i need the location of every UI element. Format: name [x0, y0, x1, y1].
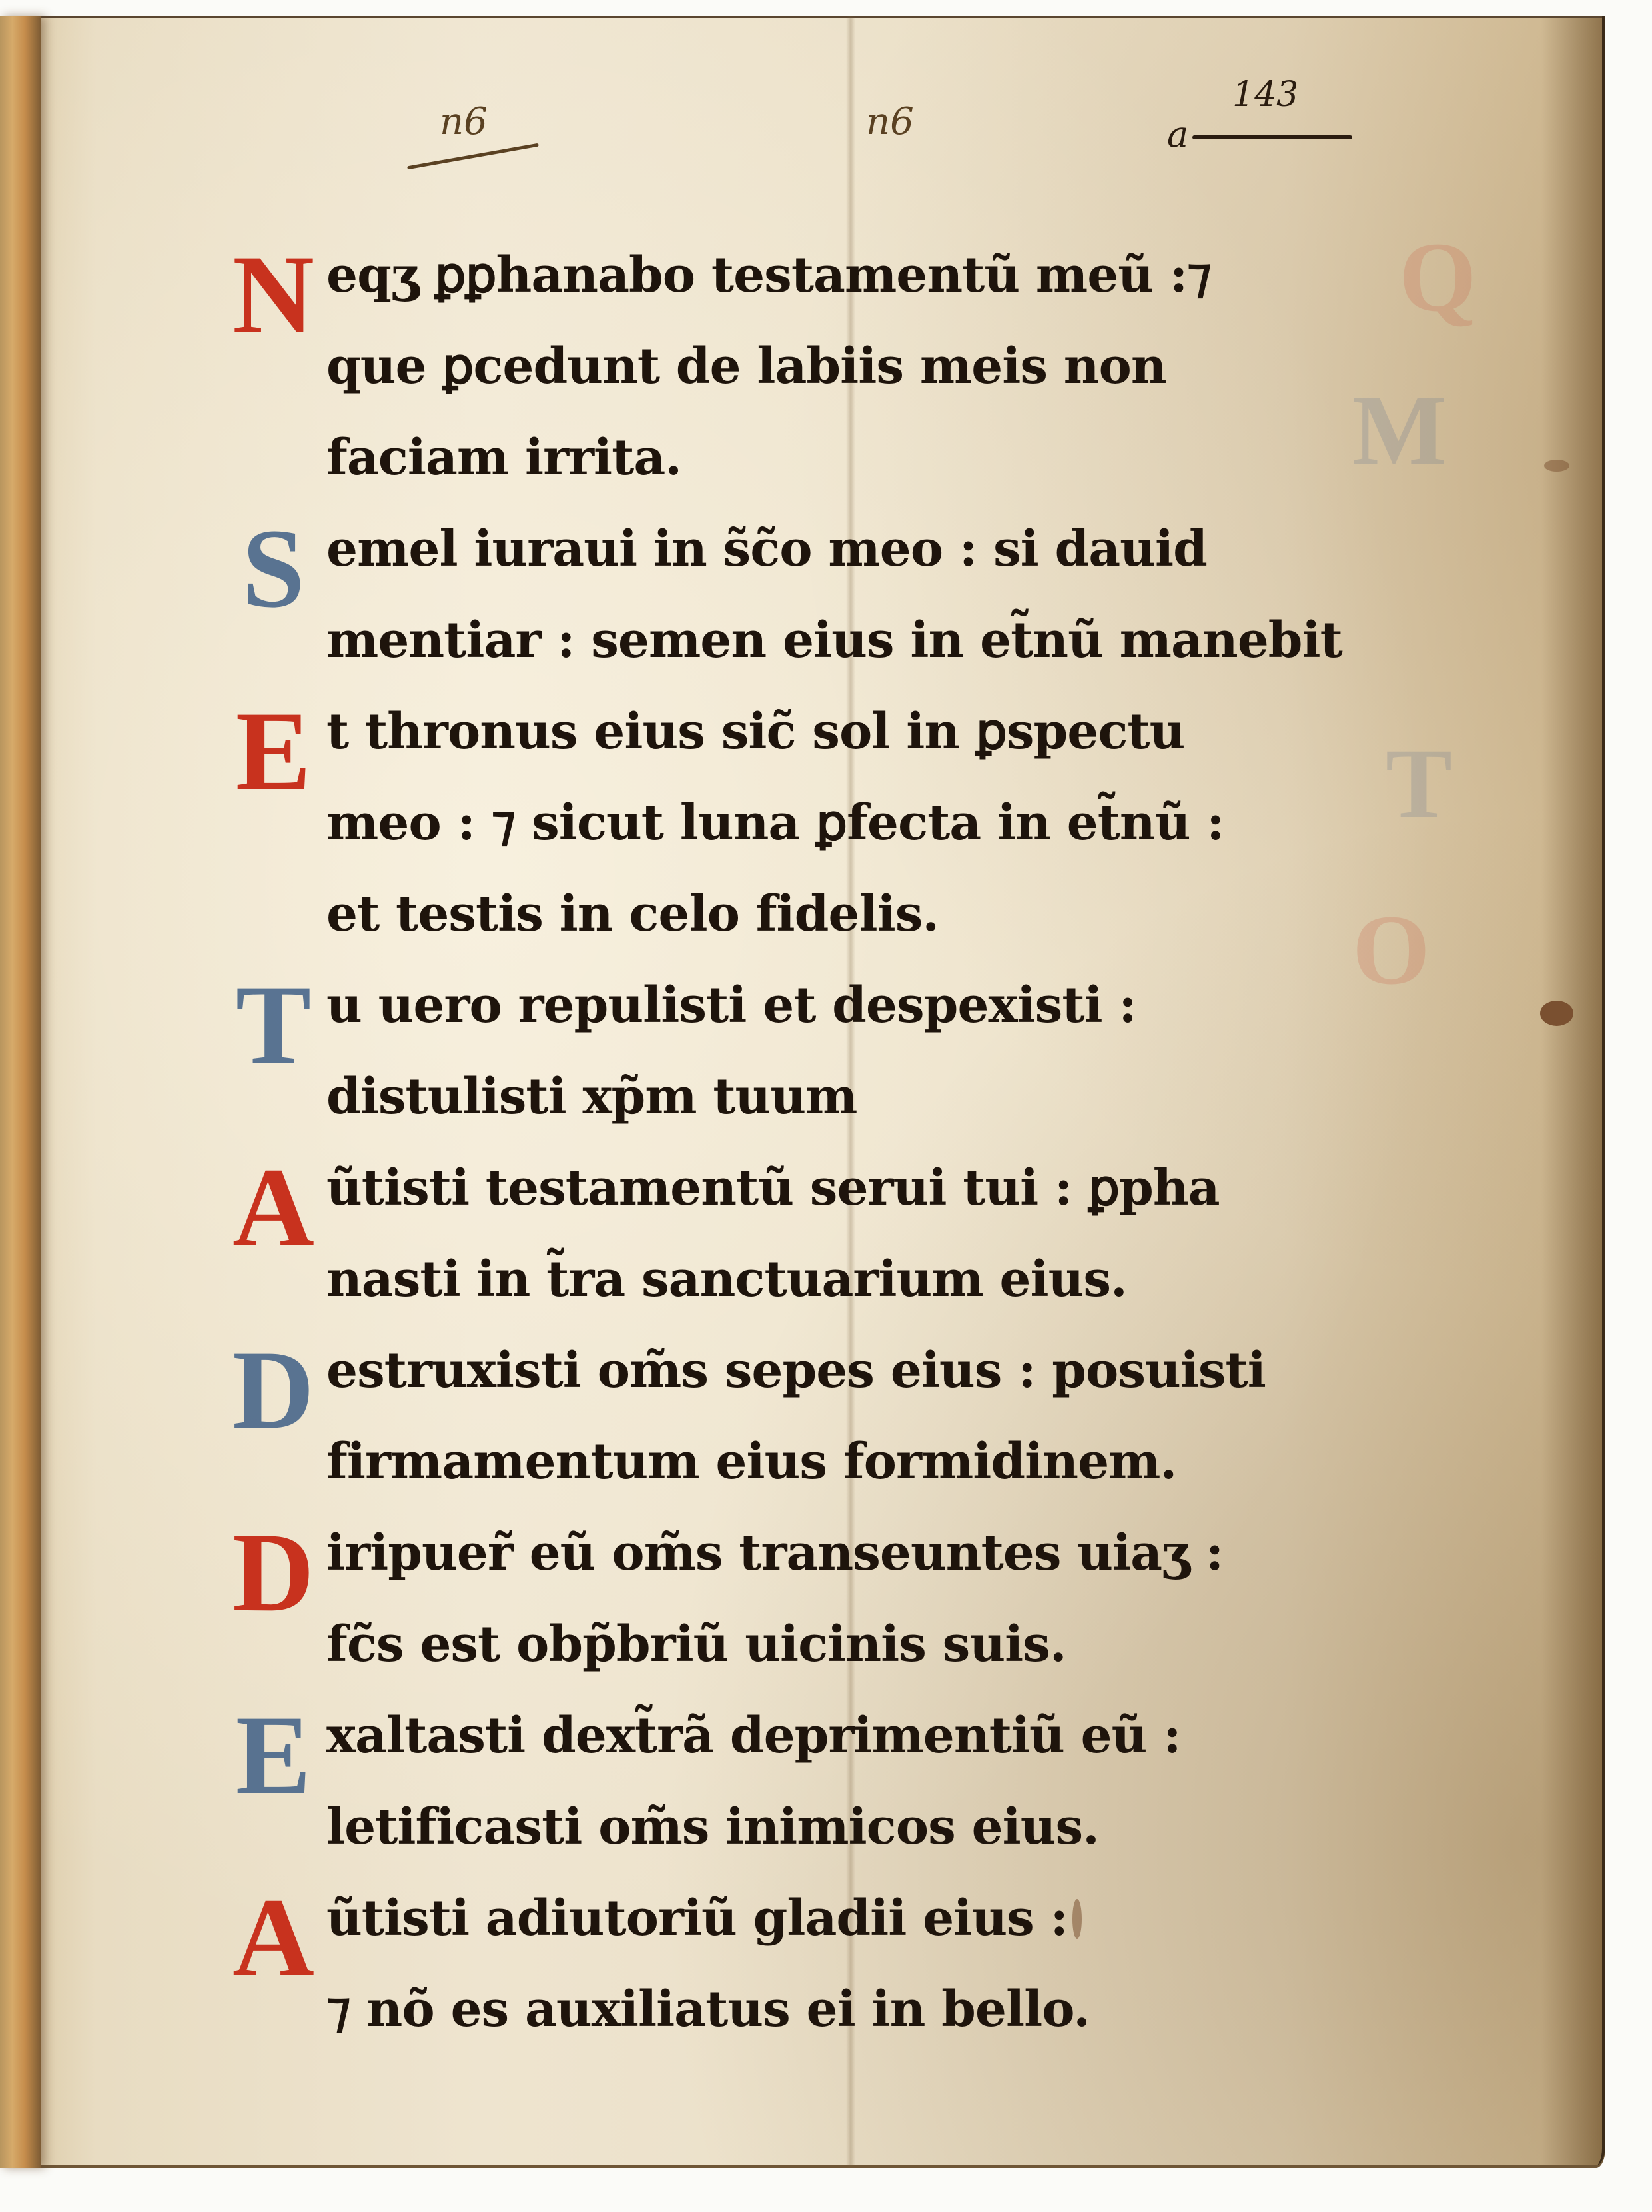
text-line: letificasti om̃s inimicos eius.	[226, 1782, 1399, 1873]
line-text: u uero repulisti et despexisti :	[326, 977, 1136, 1034]
text-line: faciam irrita.	[226, 412, 1399, 504]
text-line: et testis in celo fidelis.	[226, 869, 1399, 960]
line-text: eqʒ ꝑꝑhanabo testamentũ meũ :⁊	[326, 247, 1211, 304]
text-line: firmamentum eius formidinem.	[226, 1416, 1399, 1508]
text-line: nasti in t̃ra sanctuarium eius.	[226, 1234, 1399, 1325]
text-line: mentiar : semen eius in et̃nũ manebit	[226, 595, 1399, 686]
text-line: ⁊ nõ es auxiliatus ei in bello.	[226, 1964, 1399, 2055]
folio-mark-left: n6	[440, 100, 488, 143]
line-text: faciam irrita.	[326, 429, 681, 486]
line-text: firmamentum eius formidinem.	[326, 1433, 1176, 1490]
text-line: meo : ⁊ sicut luna ꝑfecta in et̃nũ :	[226, 778, 1399, 869]
text-line: Exaltasti dext̃rã deprimentiũ eũ :	[226, 1690, 1399, 1782]
line-text: iripuer̃ eũ om̃s transeuntes uiaʒ :	[326, 1524, 1223, 1582]
line-text: letificasti om̃s inimicos eius.	[326, 1798, 1099, 1856]
line-text: distulisti xp̃m tuum	[326, 1068, 857, 1125]
line-text: meo : ⁊ sicut luna ꝑfecta in et̃nũ :	[326, 794, 1224, 851]
text-line: Tu uero repulisti et despexisti :	[226, 960, 1399, 1051]
line-text: ũtisti testamentũ serui tui : ꝑpha	[326, 1159, 1220, 1217]
line-text: estruxisti om̃s sepes eius : posuisti	[326, 1342, 1266, 1399]
line-text: fc̃s est obp̃briũ uicinis suis.	[326, 1616, 1066, 1673]
text-line: Diripuer̃ eũ om̃s transeuntes uiaʒ :	[226, 1508, 1399, 1599]
folio-mark-center: n6	[866, 100, 914, 143]
text-line: que ꝑcedunt de labiis meis non	[226, 321, 1399, 412]
text-line: Semel iuraui in s̃c̃o meo : si dauid	[226, 504, 1399, 595]
binding-edge	[0, 16, 41, 2168]
stain-spot	[1544, 460, 1569, 472]
folio-underline-right	[1192, 135, 1352, 139]
text-line: distulisti xp̃m tuum	[226, 1051, 1399, 1143]
stain-spot	[1540, 1001, 1573, 1026]
text-line: Neqʒ ꝑꝑhanabo testamentũ meũ :⁊	[226, 230, 1399, 321]
line-text: ũtisti adiutoriũ gladii eius :	[326, 1890, 1068, 1947]
folio-mark-right-prefix: a	[1167, 113, 1188, 155]
line-text: ⁊ nõ es auxiliatus ei in bello.	[326, 1981, 1090, 2038]
text-line: Aũtisti testamentũ serui tui : ꝑpha	[226, 1143, 1399, 1234]
line-text: mentiar : semen eius in et̃nũ manebit	[326, 612, 1342, 669]
line-text: t thronus eius sic̃ sol in ꝑspectu	[326, 703, 1184, 760]
line-text: xaltasti dext̃rã deprimentiũ eũ :	[326, 1707, 1181, 1764]
text-line: Destruxisti om̃s sepes eius : posuisti	[226, 1325, 1399, 1416]
line-text: et testis in celo fidelis.	[326, 885, 939, 943]
text-line: Aũtisti adiutoriũ gladii eius :	[226, 1873, 1399, 1964]
line-text: nasti in t̃ra sanctuarium eius.	[326, 1251, 1127, 1308]
line-text: que ꝑcedunt de labiis meis non	[326, 338, 1166, 395]
folio-number: 143	[1232, 75, 1298, 115]
line-text: emel iuraui in s̃c̃o meo : si dauid	[326, 520, 1207, 578]
text-line: fc̃s est obp̃briũ uicinis suis.	[226, 1599, 1399, 1690]
text-line: Et thronus eius sic̃ sol in ꝑspectu	[226, 686, 1399, 778]
text-block: Neqʒ ꝑꝑhanabo testamentũ meũ :⁊ que ꝑc…	[226, 230, 1399, 2055]
show-through-initial: Q	[1399, 220, 1477, 334]
